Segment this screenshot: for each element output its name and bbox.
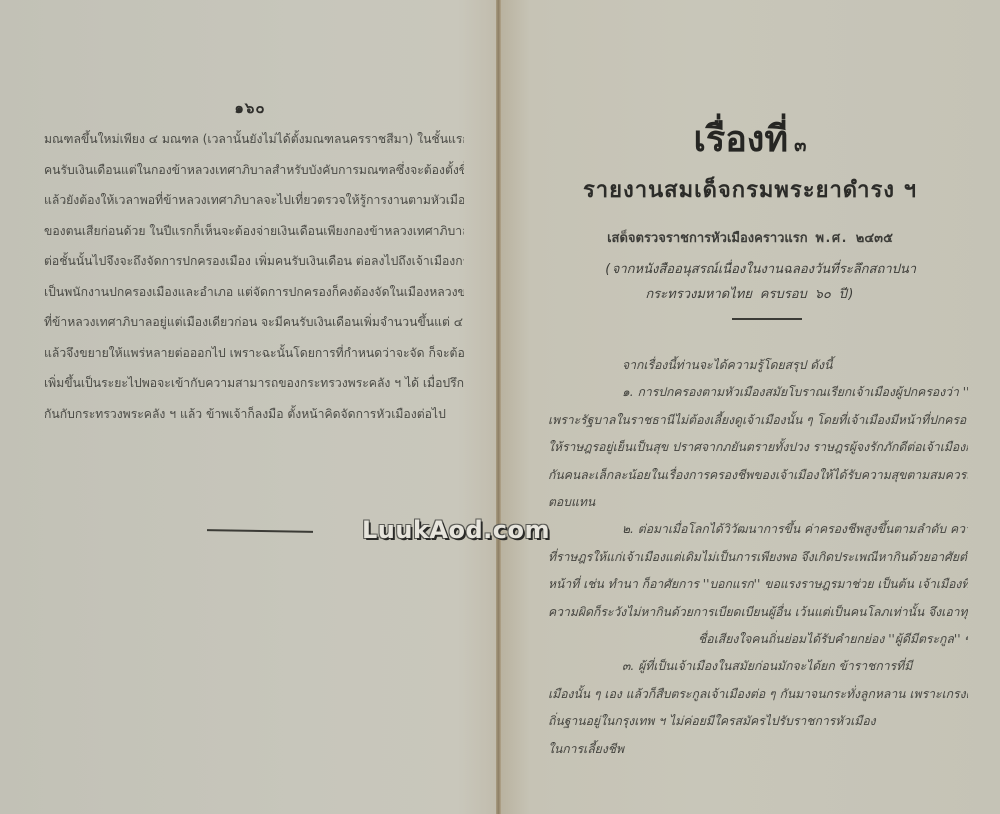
text-line: ในการเลี้ยงชีพ [548,736,968,763]
text-line: แล้วจึงขยายให้แพร่หลายต่อออกไป เพราะฉะนั… [44,338,464,369]
source-line-1: เสด็จตรวจราชการหัวเมืองคราวแรก พ.ศ. ๒๔๓๕ [500,227,1000,248]
text-line: ที่ข้าหลวงเทศาภิบาลอยู่แต่เมืองเดียวก่อน… [44,307,464,338]
text-line: ตอบแทน [548,489,968,516]
text-line: กันคนละเล็กละน้อยในเรื่องการครองชีพของเจ… [548,462,968,489]
text-line: ถิ่นฐานอยู่ในกรุงเทพ ฯ ไม่ค่อยมีใครสมัคร… [548,708,968,735]
text-line: แล้วยังต้องให้เวลาพอที่ข้าหลวงเทศาภิบาลจ… [44,185,464,216]
text-line: เป็นพนักงานปกครองเมืองและอำเภอ แต่จัดการ… [44,277,464,308]
text-line: ความผิดก็ระวังไม่หากินด้วยการเบียดเบียนผ… [548,599,968,626]
text-line: เพิ่มขึ้นเป็นระยะไปพอจะเข้ากับความสามารถ… [44,368,464,399]
text-line: หน้าที่ เช่น ทำนา ก็อาศัยการ ''บอกแรก'' … [548,571,968,598]
right-page-body: จากเรื่องนี้ท่านจะได้ความรู้โดยสรุป ดังน… [548,352,968,763]
heading-rule [732,318,802,320]
summary-intro: จากเรื่องนี้ท่านจะได้ความรู้โดยสรุป ดังน… [548,352,968,379]
text-line: เมืองนั้น ๆ เอง แล้วก็สืบตระกูลเจ้าเมือง… [548,681,968,708]
source-line-2: (จากหนังสืออนุสรณ์เนื่องในงานฉลองวันที่ร… [520,258,1000,279]
chapter-subtitle: รายงานสมเด็จกรมพระยาดำรง ฯ [500,172,1000,207]
point-2-start: ๒. ต่อมาเมื่อโลกได้วิวัฒนาการขึ้น ค่าครอ… [548,516,968,543]
point-1-start: ๑. การปกครองตามหัวเมืองสมัยโบราณเรียกเจ้… [548,379,968,406]
text-line: เพราะรัฐบาลในราชธานีไม่ต้องเลี้ยงดูเจ้าเ… [548,407,968,434]
chapter-heading: เรื่องที่๓ [500,110,1000,167]
page-number: ๑๖๐ [0,96,500,120]
point-3-start: ๓. ผู้ที่เป็นเจ้าเมืองในสมัยก่อนมักจะได้… [548,653,968,680]
text-line: ชื่อเสียงใจคนถิ่นย่อมได้รับคำยกย่อง ''ผู… [548,626,968,653]
left-page-body: มณฑลขึ้นใหม่เพียง ๔ มณฑล (เวลานั้นยังไม่… [44,124,464,429]
chapter-number: ๓ [794,135,806,156]
watermark-text: LuukAod.com [362,516,550,544]
text-line: มณฑลขึ้นใหม่เพียง ๔ มณฑล (เวลานั้นยังไม่… [44,124,464,155]
text-line: ของตนเสียก่อนด้วย ในปีแรกก็เห็นจะต้องจ่า… [44,216,464,247]
source-line-3: กระทรวงมหาดไทย ครบรอบ ๖๐ ปี) [500,283,1000,304]
text-line: กันกับกระทรวงพระคลัง ฯ แล้ว ข้าพเจ้าก็ลง… [44,399,464,430]
chapter-title: เรื่องที่ [694,118,789,160]
text-line: ที่ราษฎรให้แก่เจ้าเมืองแต่เดิมไม่เป็นการ… [548,544,968,571]
text-line: คนรับเงินเดือนแต่ในกองข้าหลวงเทศาภิบาลสำ… [44,155,464,186]
text-line: ให้ราษฎรอยู่เย็นเป็นสุข ปราศจากภยันตรายท… [548,434,968,461]
text-line: ต่อชั้นนั้นไปจึงจะถึงจัดการปกครองเมือง เ… [44,246,464,277]
